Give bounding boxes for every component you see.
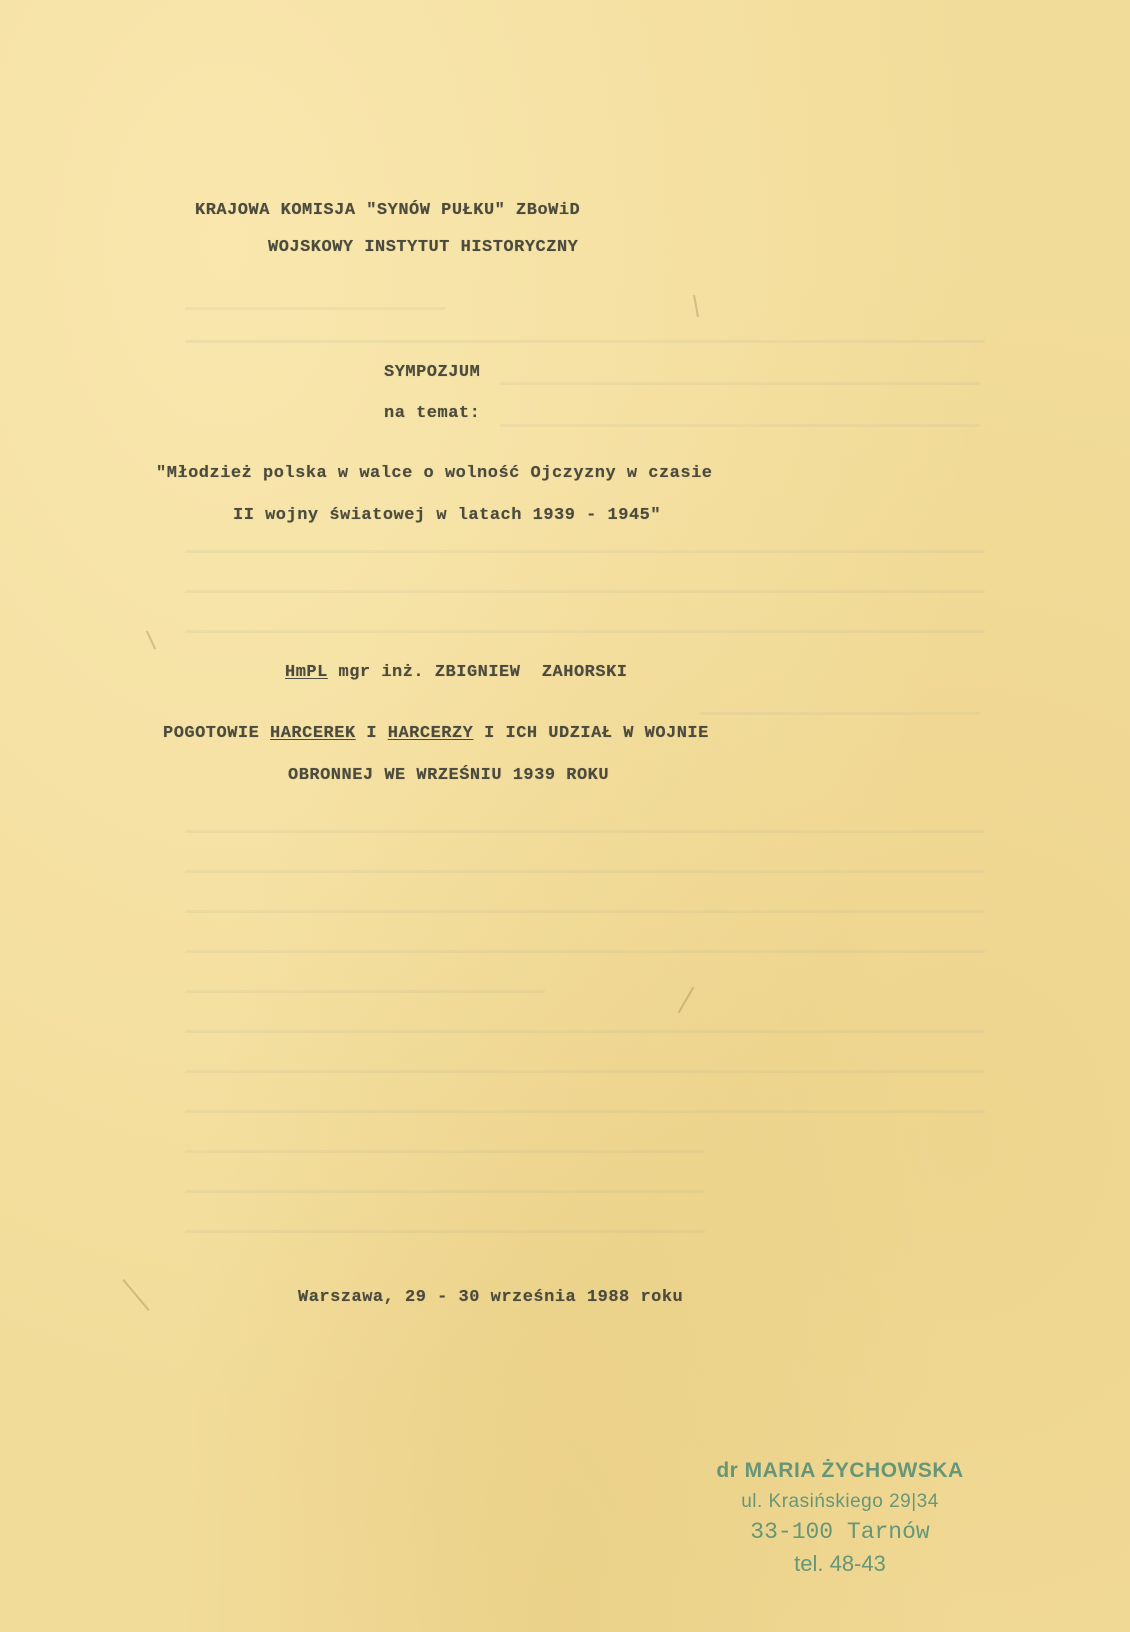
show-through-text: [185, 340, 985, 343]
show-through-text: [185, 1190, 705, 1193]
stamp-street: ul. Krasińskiego 29|34: [690, 1486, 990, 1517]
show-through-text: [500, 382, 980, 385]
event-type: SYMPOZJUM: [384, 363, 480, 382]
paper-fiber: [693, 295, 699, 317]
document-page: { "header": { "line1": "KRAJOWA KOMISJA …: [0, 0, 1130, 1632]
paper-title-part: HARCERZY: [388, 724, 474, 743]
show-through-text: [185, 307, 445, 310]
show-through-text: [185, 1230, 705, 1233]
paper-fiber: [678, 987, 695, 1014]
show-through-text: [185, 550, 985, 553]
paper-title-part: I ICH UDZIAŁ W WOJNIE: [473, 724, 708, 743]
institution-line-1: KRAJOWA KOMISJA "SYNÓW PUŁKU" ZBoWiD: [195, 201, 580, 220]
institution-line-2: WOJSKOWY INSTYTUT HISTORYCZNY: [268, 238, 578, 257]
paper-fiber: [122, 1279, 149, 1311]
address-stamp: dr MARIA ŻYCHOWSKA ul. Krasińskiego 29|3…: [690, 1455, 990, 1579]
paper-title-part: HARCEREK: [270, 724, 356, 743]
show-through-text: [185, 1150, 705, 1153]
author-line: HmPL mgr inż. ZBIGNIEW ZAHORSKI: [285, 663, 627, 682]
show-through-text: [500, 424, 980, 427]
author-name: ZBIGNIEW ZAHORSKI: [435, 663, 628, 682]
stamp-phone: tel. 48-43: [690, 1548, 990, 1579]
paper-title-part: POGOTOWIE: [163, 724, 270, 743]
paper-title-part: I: [356, 724, 388, 743]
show-through-text: [185, 630, 985, 633]
show-through-text: [185, 1070, 985, 1073]
show-through-text: [185, 950, 985, 953]
show-through-text: [185, 1030, 985, 1033]
paper-fiber: [146, 631, 156, 650]
stamp-name: dr MARIA ŻYCHOWSKA: [690, 1455, 990, 1486]
paper-title-line-2: OBRONNEJ WE WRZEŚNIU 1939 ROKU: [288, 766, 609, 785]
show-through-text: [700, 712, 980, 715]
topic-line-1: "Młodzież polska w walce o wolność Ojczy…: [156, 464, 713, 483]
show-through-text: [185, 910, 985, 913]
show-through-text: [185, 590, 985, 593]
author-prefix: HmPL: [285, 663, 328, 682]
topic-line-2: II wojny światowej w latach 1939 - 1945": [233, 506, 661, 525]
show-through-text: [185, 990, 545, 993]
show-through-text: [185, 830, 985, 833]
stamp-city: 33-100 Tarnów: [690, 1517, 990, 1548]
author-title: mgr inż.: [339, 663, 425, 682]
subject-label: na temat:: [384, 404, 480, 423]
paper-title-line-1: POGOTOWIE HARCEREK I HARCERZY I ICH UDZI…: [163, 724, 709, 743]
show-through-text: [185, 1110, 985, 1113]
show-through-text: [185, 870, 985, 873]
place-date: Warszawa, 29 - 30 września 1988 roku: [298, 1288, 683, 1307]
